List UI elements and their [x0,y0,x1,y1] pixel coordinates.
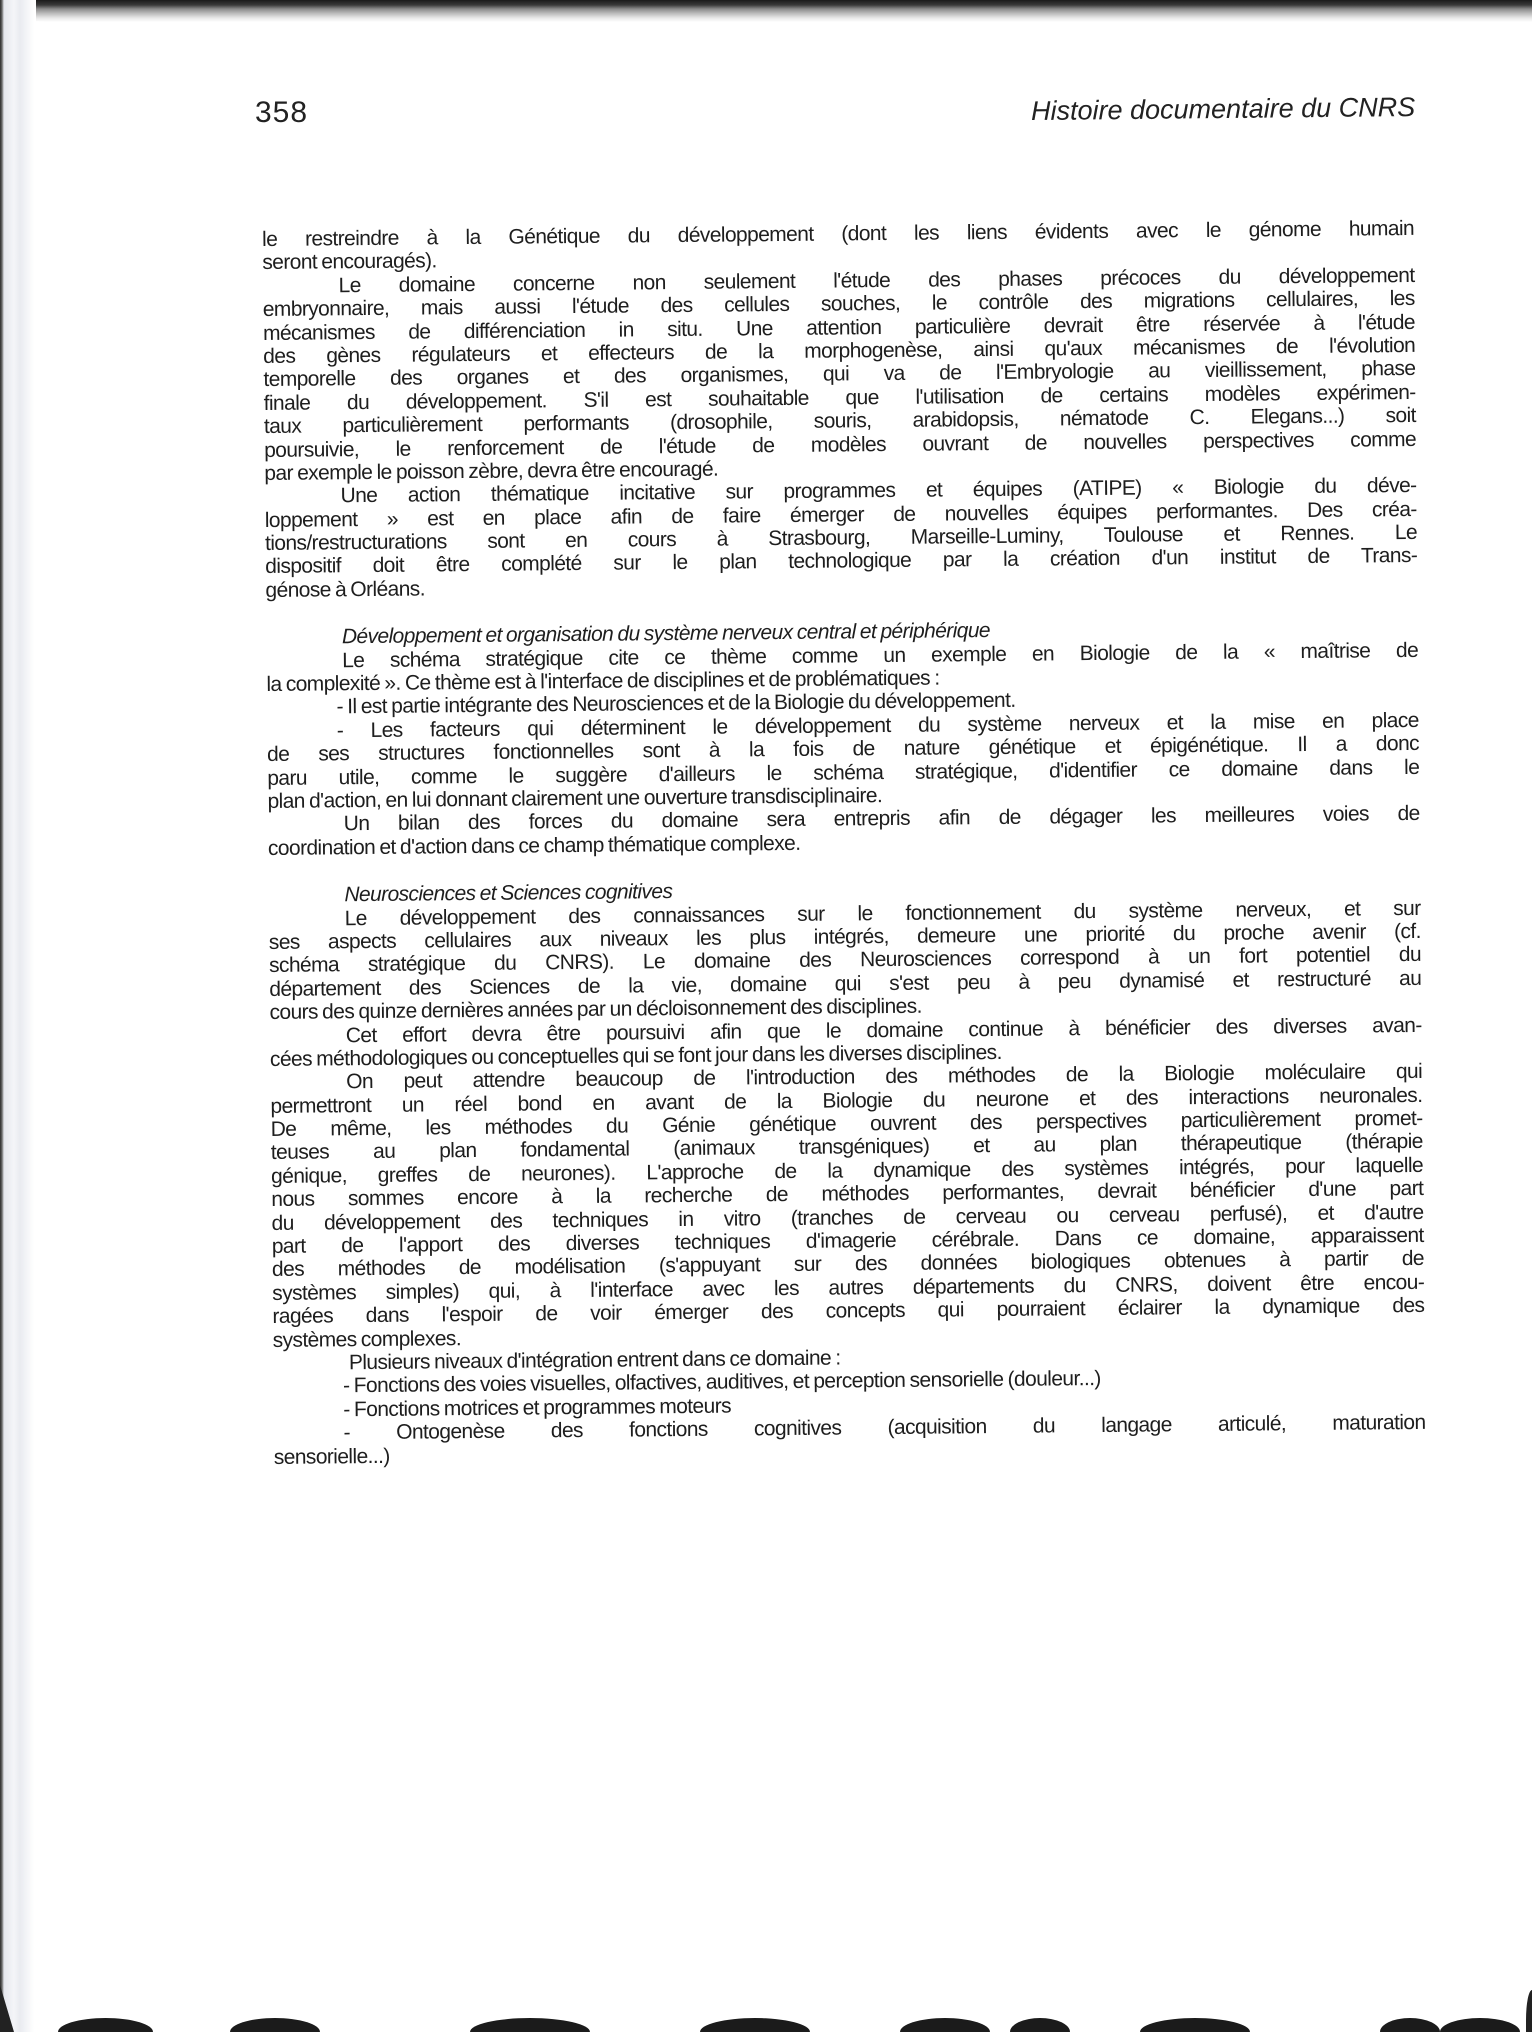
running-title: Histoire documentaire du CNRS [1031,92,1415,127]
body-text: le restreindre à la Génétique du dévelop… [262,217,1426,1469]
scan-edge-bottom [0,2018,1532,2032]
scan-edge-top [0,0,1532,22]
page-header: 358 Histoire documentaire du CNRS [255,96,1415,136]
page-number: 358 [255,96,308,130]
scan-edge-left [0,0,36,2032]
